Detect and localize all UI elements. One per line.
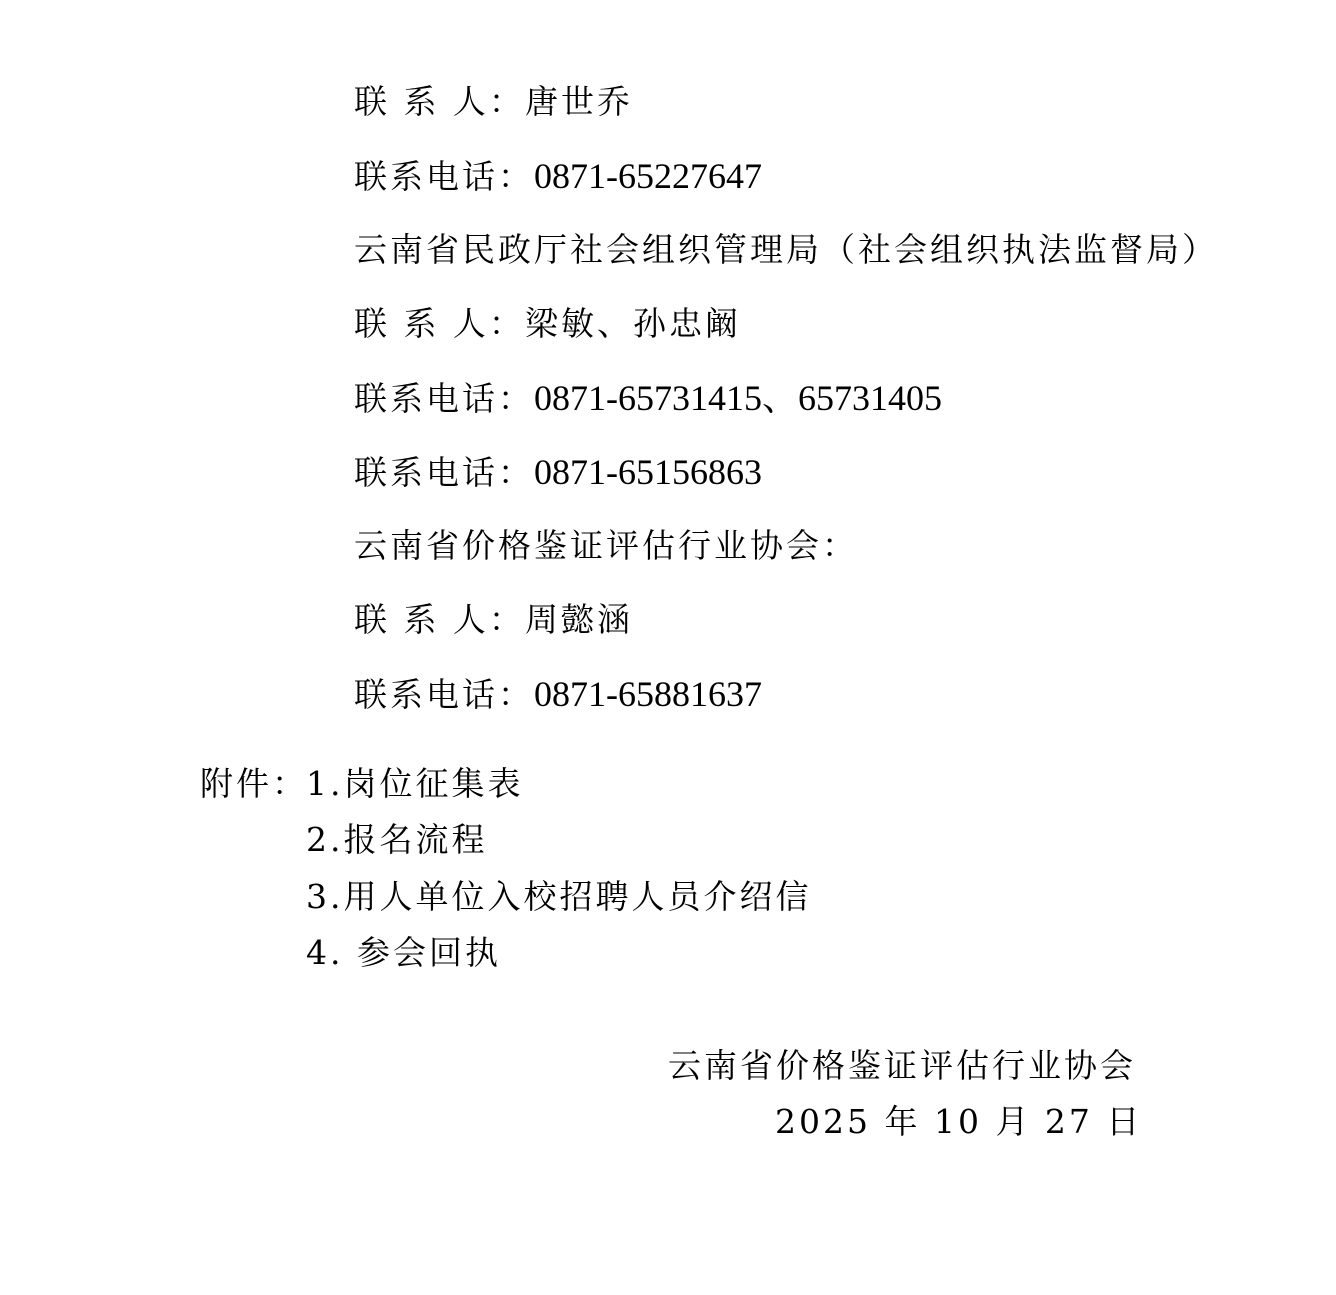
signature-organization: 云南省价格鉴证评估行业协会 bbox=[668, 1046, 1136, 1086]
contact-phone-line: 联系电话：0871-65881637 bbox=[273, 634, 762, 755]
contact-phone-label: 联系电话： bbox=[354, 675, 534, 714]
attachment-item: 4. 参会回执 bbox=[306, 933, 501, 973]
attachment-item: 3.用人单位入校招聘人员介绍信 bbox=[306, 877, 812, 917]
attachment-item: 2.报名流程 bbox=[306, 820, 488, 860]
signature-date: 2025 年 10 月 27 日 bbox=[775, 1102, 1142, 1142]
attachments-heading: 附件： bbox=[200, 764, 308, 804]
attachment-item: 1.岗位征集表 bbox=[306, 764, 524, 804]
contact-phone-value: 0871-65881637 bbox=[534, 674, 762, 714]
